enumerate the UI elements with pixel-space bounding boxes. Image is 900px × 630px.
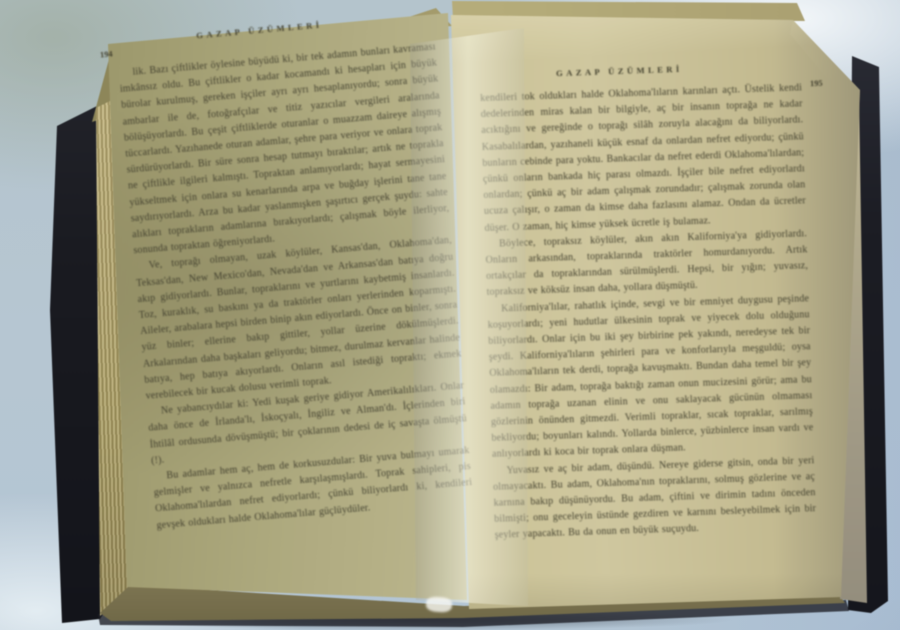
photo-of-open-book: GAZAP ÜZÜMLERİ 194 lik. Bazı çiftlikler … bbox=[0, 0, 900, 630]
photo-vignette bbox=[0, 0, 900, 630]
